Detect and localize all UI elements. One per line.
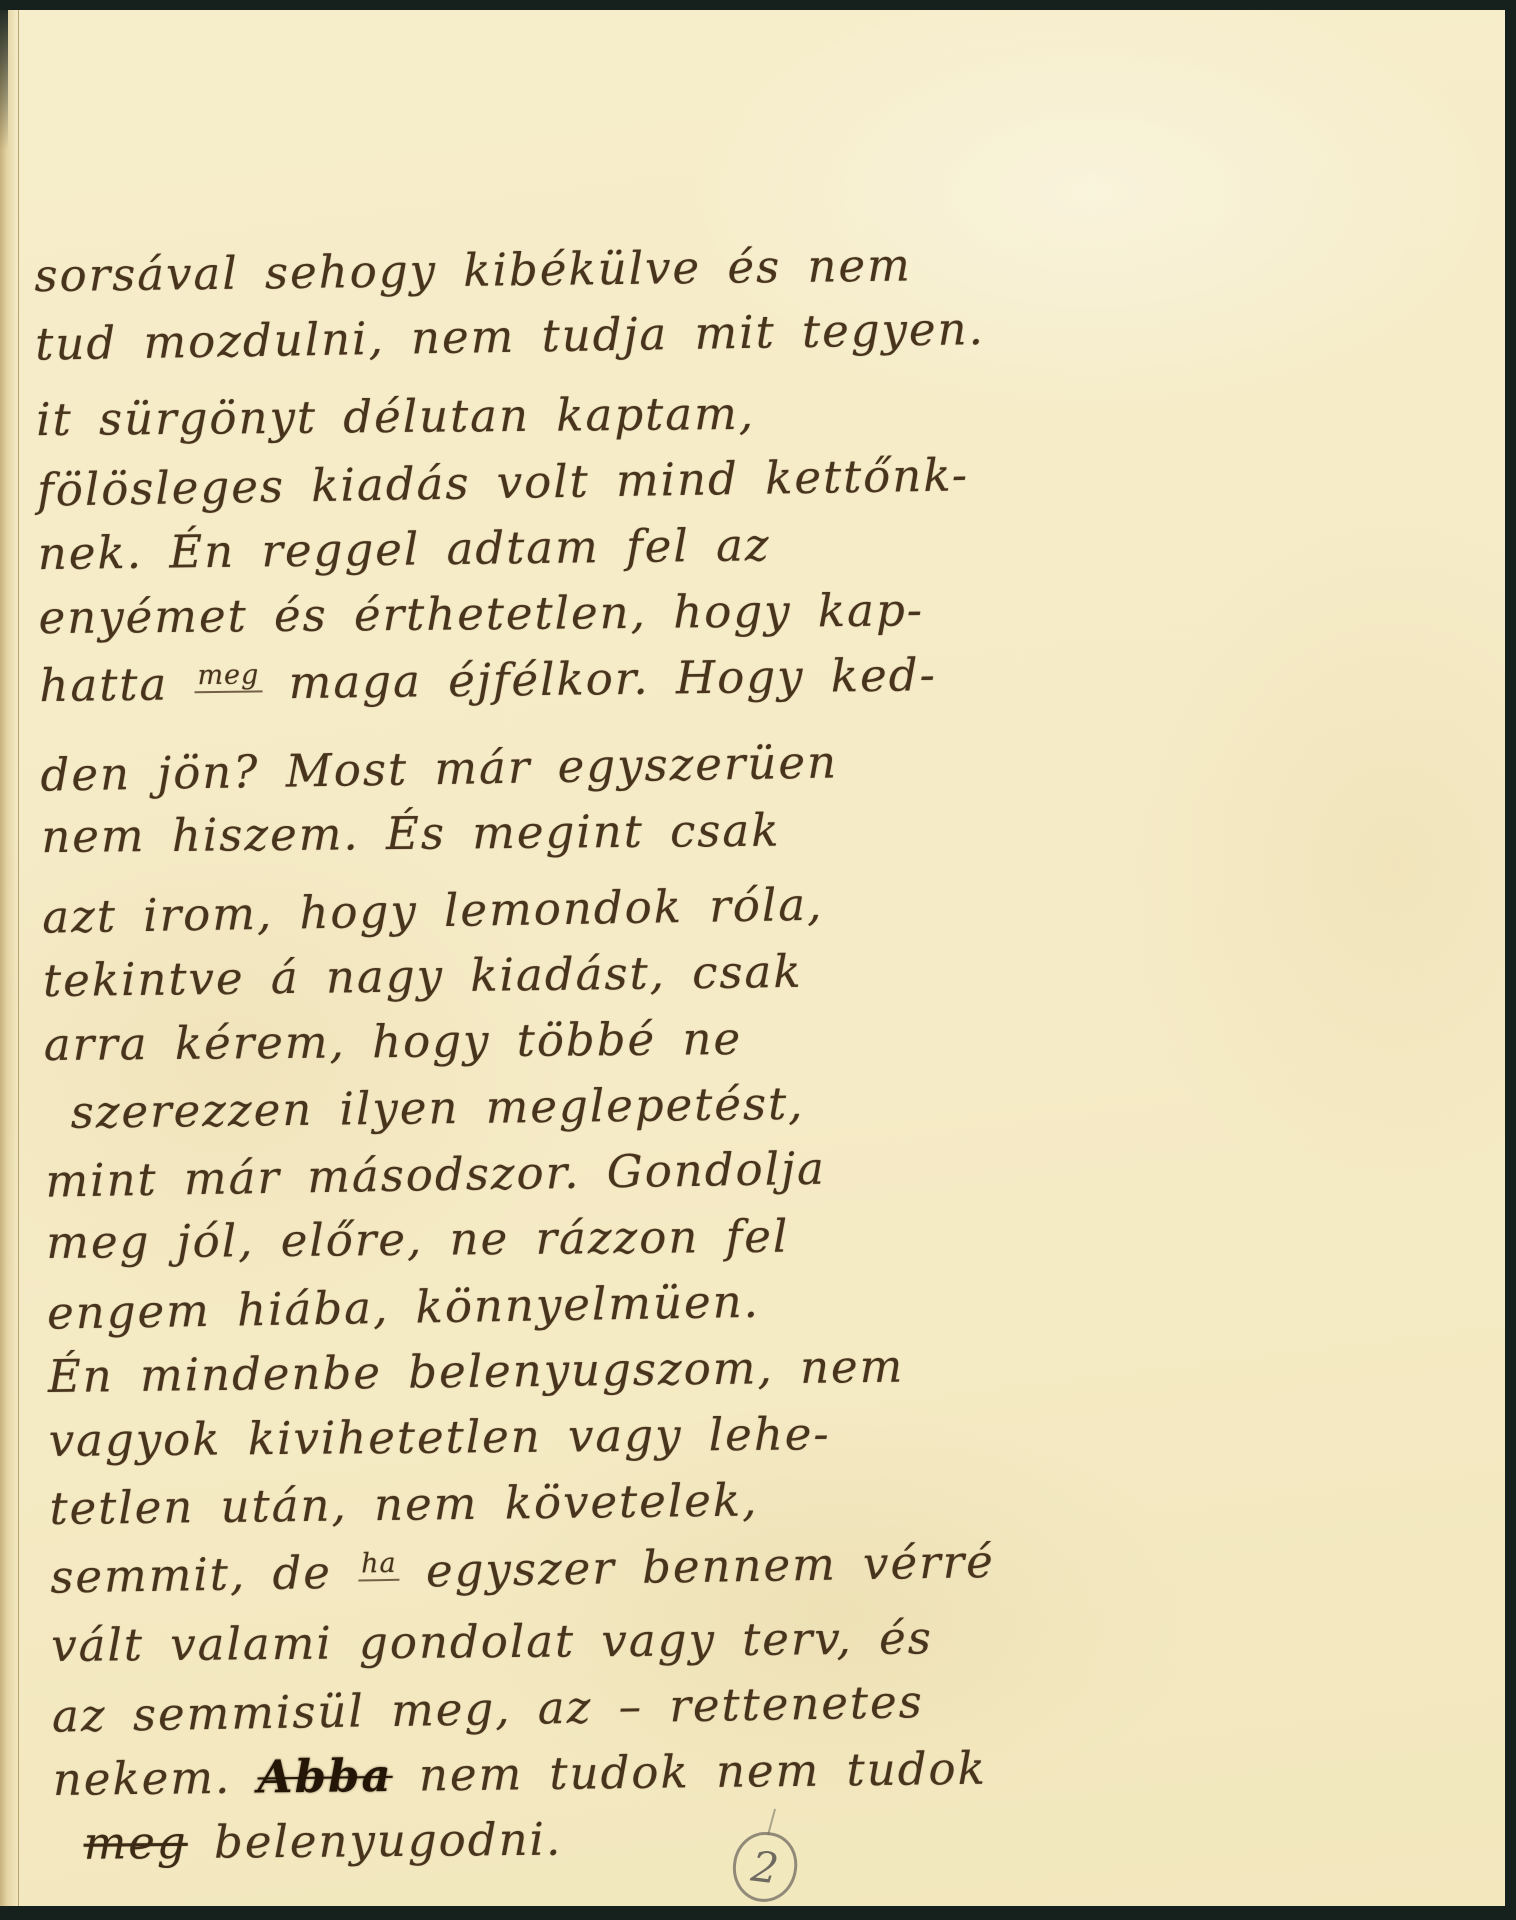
inserted-word: ha xyxy=(358,1548,400,1582)
handwriting-segment: vagyok kivihetetlen vagy lehe- xyxy=(48,1407,830,1467)
handwriting-segment: szerezzen ilyen meglepetést, xyxy=(70,1077,804,1139)
handwriting-segment: maga éjfélkor. Hogy ked- xyxy=(262,648,937,709)
handwriting-segment: tud mozdulni, nem tudja mit tegyen. xyxy=(35,302,985,371)
handwriting-segment: Én mindenbe belenyugszom, nem xyxy=(48,1340,905,1403)
handwriting-segment: nek. Én reggel adtam fel az xyxy=(38,518,771,580)
handwriting-segment: arra kérem, hogy többé ne xyxy=(44,1012,743,1071)
handwriting-line: hatta meg maga éjfélkor. Hogy ked- xyxy=(39,639,1200,726)
handwriting-segment: az semmisül meg, az – rettenetes xyxy=(52,1675,925,1742)
inserted-word: meg xyxy=(194,660,262,694)
scan-corner-shadow xyxy=(0,0,8,150)
handwriting-segment: vált valami gondolat vagy terv, és xyxy=(51,1611,933,1672)
page-number-value: 2 xyxy=(749,1841,782,1893)
handwriting-segment: fölösleges kiadás volt mind kettőnk- xyxy=(37,448,970,516)
handwriting-text: sorsával sehogy kibékülve és nemtud mozd… xyxy=(34,229,1214,1879)
scan-edge-top xyxy=(0,0,1516,10)
scanned-letter-page: sorsával sehogy kibékülve és nemtud mozd… xyxy=(0,0,1516,1920)
handwriting-segment: azt irom, hogy lemondok róla, xyxy=(42,878,824,944)
handwriting-segment: tekintve á nagy kiadást, csak xyxy=(43,945,803,1007)
handwriting-line: nem hiszem. És megint csak xyxy=(41,794,1202,870)
handwriting-segment: nem tudok nem tudok xyxy=(392,1742,987,1802)
scan-edge-bottom xyxy=(0,1906,1516,1920)
handwriting-segment: hatta xyxy=(39,657,195,712)
handwriting-segment: nekem. xyxy=(52,1751,257,1806)
handwriting-segment: enyémet és érthetetlen, hogy kap- xyxy=(38,583,924,644)
handwriting-segment: mint már másodszor. Gondolja xyxy=(45,1142,826,1208)
handwriting-segment: sorsával sehogy kibékülve és nem xyxy=(34,238,912,302)
handwriting-segment: it sürgönyt délutan kaptam, xyxy=(36,387,755,446)
handwriting-line: meg belenyugodni. xyxy=(53,1801,1214,1877)
handwriting-segment: tetlen után, nem követelek, xyxy=(49,1473,759,1535)
scan-edge-right xyxy=(1505,0,1516,1920)
handwriting-segment: engem hiába, könnyelmüen. xyxy=(47,1275,761,1340)
handwriting-line: vagyok kivihetetlen vagy lehe- xyxy=(48,1398,1209,1474)
handwriting-segment: den jön? Most már egyszerüen xyxy=(40,735,838,801)
overwritten-word: Abba xyxy=(257,1749,393,1804)
handwriting-segment: nem hiszem. És megint csak xyxy=(41,804,781,863)
handwriting-line: enyémet és érthetetlen, hogy kap- xyxy=(38,575,1199,651)
handwriting-segment: belenyugodni. xyxy=(187,1813,562,1869)
handwriting-segment: egyszer bennem vérré xyxy=(399,1535,995,1598)
handwriting-segment: semmit, de xyxy=(50,1545,359,1603)
handwriting-line: arra kérem, hogy többé ne xyxy=(44,1002,1205,1078)
struck-word: meg xyxy=(83,1816,188,1870)
paper-torn-edge xyxy=(0,10,19,1906)
handwriting-segment: meg jól, előre, ne rázzon fel xyxy=(46,1210,789,1269)
